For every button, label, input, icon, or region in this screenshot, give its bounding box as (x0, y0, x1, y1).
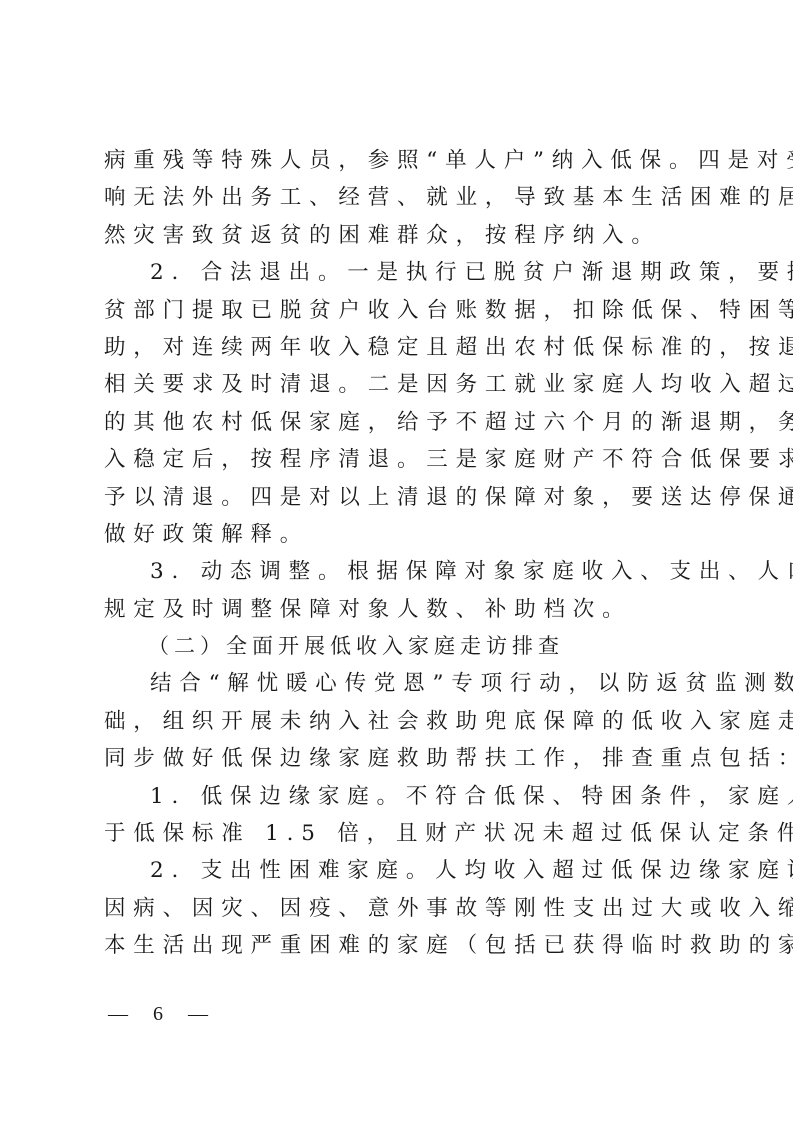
section-heading: （二）全面开展低收入家庭走访排查 (104, 628, 694, 665)
paragraph-line: 结合“解忧暖心传党恩”专项行动，以防返贫监测数据为基 (104, 665, 694, 702)
paragraph-line: 规定及时调整保障对象人数、补助档次。 (104, 591, 694, 628)
paragraph-line: 贫部门提取已脱贫户收入台账数据，扣除低保、特困等政策性补 (104, 292, 694, 329)
paragraph-line: 病重残等特殊人员，参照“单人户”纳入低保。四是对受疫情影 (104, 142, 694, 179)
paragraph-line: 相关要求及时清退。二是因务工就业家庭人均收入超过低保标准 (104, 366, 694, 403)
paragraph-line: 响无法外出务工、经营、就业，导致基本生活困难的居民和因自 (104, 179, 694, 216)
paragraph-line: 入稳定后，按程序清退。三是家庭财产不符合低保要求，按程序 (104, 441, 694, 478)
paragraph-line: 2. 合法退出。一是执行已脱贫户渐退期政策，要按规定向扶 (104, 254, 694, 291)
paragraph-line: 1. 低保边缘家庭。不符合低保、特困条件，家庭人均收入低 (104, 778, 694, 815)
paragraph-line: 础，组织开展未纳入社会救助兜底保障的低收入家庭走访排查， (104, 703, 694, 740)
document-body: 病重残等特殊人员，参照“单人户”纳入低保。四是对受疫情影 响无法外出务工、经营、… (104, 142, 694, 965)
paragraph-line: 2. 支出性困难家庭。人均收入超过低保边缘家庭认定标准， (104, 852, 694, 889)
paragraph-line: 助，对连续两年收入稳定且超出农村低保标准的，按退出低保的 (104, 329, 694, 366)
paragraph-line: 做好政策解释。 (104, 516, 694, 553)
paragraph-line: 然灾害致贫返贫的困难群众，按程序纳入。 (104, 217, 694, 254)
paragraph-line: 本生活出现严重困难的家庭（包括已获得临时救助的家庭）。 (104, 927, 694, 964)
paragraph-line: 于低保标准 1.5 倍，且财产状况未超过低保认定条件的家庭。 (104, 815, 694, 852)
paragraph-line: 予以清退。四是对以上清退的保障对象，要送达停保通知书同时 (104, 479, 694, 516)
paragraph-line: 同步做好低保边缘家庭救助帮扶工作，排查重点包括： (104, 740, 694, 777)
paragraph-line: 的其他农村低保家庭，给予不超过六个月的渐退期，务工就业收 (104, 404, 694, 441)
paragraph-line: 因病、因灾、因疫、意外事故等刚性支出过大或收入缩减导致基 (104, 890, 694, 927)
page-number: — 6 — (108, 1003, 218, 1026)
paragraph-line: 3. 动态调整。根据保障对象家庭收入、支出、人口变化，按 (104, 553, 694, 590)
